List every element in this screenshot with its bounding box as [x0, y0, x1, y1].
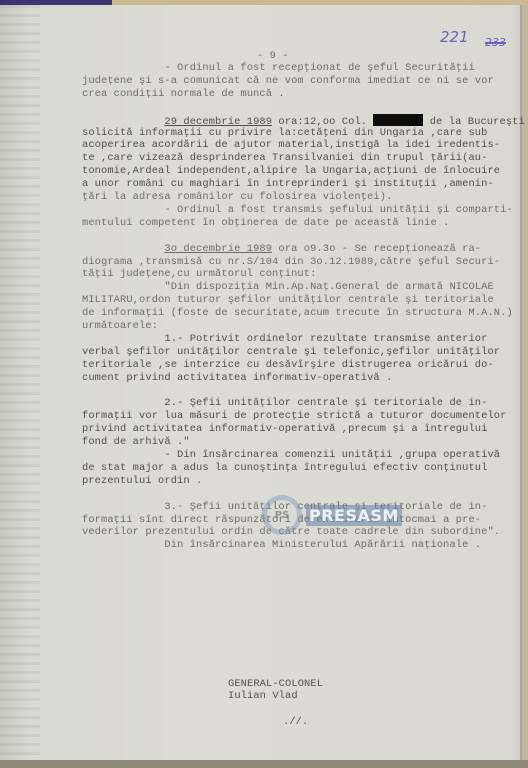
text-line: tăţii judeţene,cu următorul conţinut: — [82, 268, 316, 280]
text-line: 1.- Potrivit ordinelor rezultate transmi… — [82, 333, 487, 345]
text-line: crea condiţii normale de muncă . — [82, 88, 285, 100]
text-line: următoarele: — [82, 320, 158, 332]
text-line: tonomie,Ardeal independent,alipire la Un… — [82, 165, 500, 177]
text-line: Din însărcinarea Ministerului Apărării n… — [82, 539, 481, 551]
text-line: a unor români cu maghiari în intreprinde… — [82, 178, 494, 190]
text-line: formaţii vor lua măsuri de protecţie str… — [82, 410, 506, 422]
presasm-watermark: PS PRESASM — [262, 495, 402, 535]
text-line: - Ordinul a fost recepţionat de şeful Se… — [82, 62, 475, 74]
text-line: ţări la adresa românilor cu folosirea vi… — [82, 191, 392, 203]
text-line: judeţene şi s-a comunicat că ne vom conf… — [82, 75, 494, 87]
text-line: 3o decembrie 1989 ora o9.3o - Se recepţi… — [82, 243, 481, 255]
text-line: MILITARU,ordon tuturor şefilor unităţilo… — [82, 294, 494, 306]
text-line: mentului competent în obţinerea de date … — [82, 217, 449, 229]
handwritten-page-number: 221 — [440, 28, 469, 46]
text-line: "Din dispoziţia Min.Ap.Naţ.General de ar… — [82, 281, 494, 293]
page-label: - 9 - — [257, 50, 289, 62]
text-line: fond de arhivă ." — [82, 436, 190, 448]
text-line: solicită informaţii cu privire la:cetăţe… — [82, 127, 487, 139]
text-line: verbal şefilor unităţilor centrale şi te… — [82, 346, 500, 358]
signature-title: GENERAL-COLONEL — [228, 678, 323, 690]
document-page: 221 233 - 9 - - Ordinul a fost recepţion… — [0, 5, 522, 760]
text-line: acoperirea acordării de ajutor material,… — [82, 139, 500, 151]
signature-name: Iulian Vlad — [228, 690, 298, 702]
text-line: 2.- Şefii unităţilor centrale şi teritor… — [82, 397, 487, 409]
text-line: cument privind activitatea informativ-op… — [82, 372, 392, 384]
text-line: privind activitatea informativ-operativă… — [82, 423, 487, 435]
text-line: de stat major a adus la cunoştinţa între… — [82, 462, 487, 474]
text-line: - Din însărcinarea comenzii unităţii ,gr… — [82, 449, 500, 461]
text-line: - Ordinul a fost transmis şefului unităţ… — [82, 204, 513, 216]
crossed-out-page-number: 233 — [485, 36, 506, 49]
text-line: 29 decembrie 1989 ora:12,oo Col. de la B… — [82, 114, 525, 128]
watermark-text: PRESASM — [306, 505, 402, 526]
redaction-box — [373, 114, 423, 126]
end-mark: .//. — [283, 716, 308, 728]
date-heading: 3o decembrie 1989 — [164, 243, 272, 255]
text-line: te ,care vizează desprinderea Transilvan… — [82, 152, 487, 164]
text-line: de informaţii (foste de securitate,acum … — [82, 307, 513, 319]
text-line: diograma ,transmisă cu nr.S/104 din 3o.1… — [82, 256, 500, 268]
text-line: prezentului ordin . — [82, 475, 202, 487]
presasm-logo-icon: PS — [262, 495, 302, 535]
scanner-edge-bottom — [0, 760, 528, 768]
text-line: teritoriale ,se interzice cu desăvîrşire… — [82, 359, 494, 371]
